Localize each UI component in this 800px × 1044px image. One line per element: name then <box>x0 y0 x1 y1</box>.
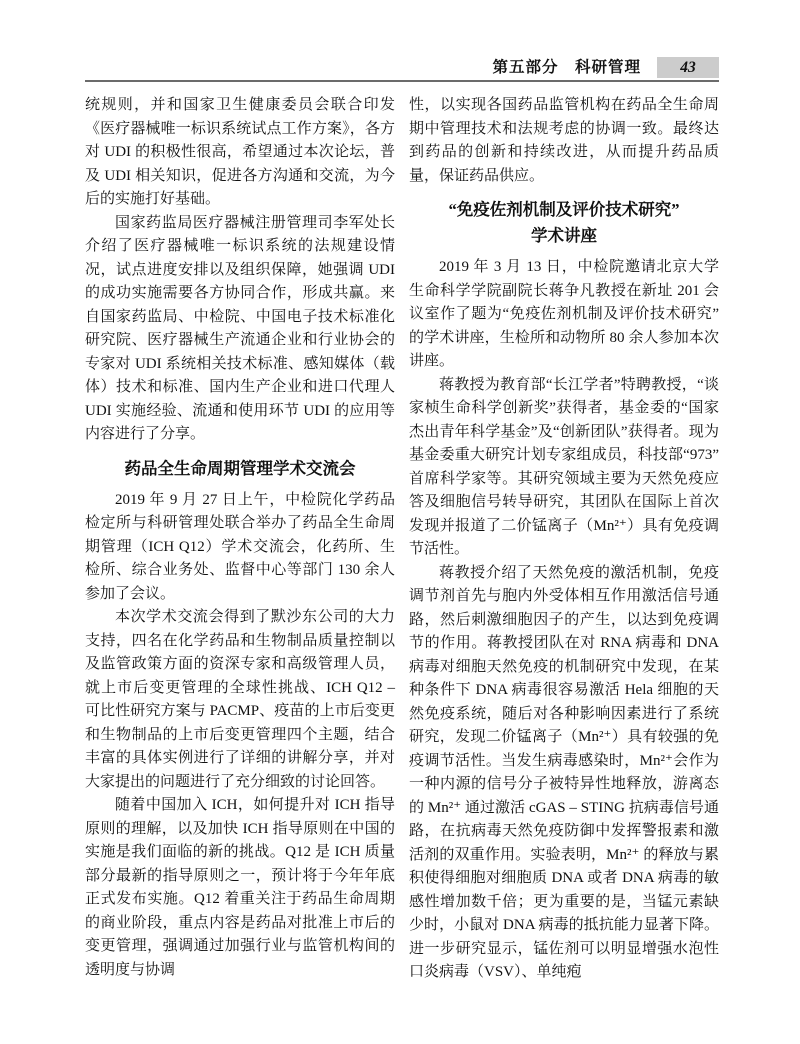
running-header: 第五部分 科研管理 43 <box>85 56 719 82</box>
paragraph: 性，以实现各国药品监管机构在药品全生命周期中管理技术和法规考虑的协调一致。最终达… <box>409 94 719 188</box>
paragraph: 2019 年 9 月 27 日上午，中检院化学药品检定所与科研管理处联合举办了药… <box>85 489 395 607</box>
page-content: 第五部分 科研管理 43 统规则，并和国家卫生健康委员会联合印发《医疗器械唯一标… <box>85 56 719 985</box>
paragraph: 蒋教授介绍了天然免疫的激活机制，免疫调节剂首先与胞内外受体相互作用激活信号通路，… <box>409 562 719 985</box>
section-heading-drug-lifecycle: 药品全生命周期管理学术交流会 <box>85 456 395 482</box>
paragraph: 统规则，并和国家卫生健康委员会联合印发《医疗器械唯一标识系统试点工作方案》，各方… <box>85 94 395 212</box>
paragraph: 国家药监局医疗器械注册管理司李军处长介绍了医疗器械唯一标识系统的法规建设情况，试… <box>85 212 395 447</box>
left-column: 统规则，并和国家卫生健康委员会联合印发《医疗器械唯一标识系统试点工作方案》，各方… <box>85 94 395 985</box>
two-column-body: 统规则，并和国家卫生健康委员会联合印发《医疗器械唯一标识系统试点工作方案》，各方… <box>85 94 719 985</box>
paragraph: 蒋教授为教育部“长江学者”特聘教授，“谈家桢生命科学创新奖”获得者，基金委的“国… <box>409 374 719 562</box>
header-section-title: 第五部分 科研管理 <box>492 57 641 78</box>
paragraph: 本次学术交流会得到了默沙东公司的大力支持，四名在化学药品和生物制品质量控制以及监… <box>85 606 395 794</box>
section-heading-line2: 学术讲座 <box>409 223 719 249</box>
paragraph: 随着中国加入 ICH，如何提升对 ICH 指导原则的理解，以及加快 ICH 指导… <box>85 794 395 982</box>
page-number-badge: 43 <box>657 57 719 78</box>
section-heading-line1: “免疫佐剂机制及评价技术研究” <box>409 197 719 223</box>
paragraph: 2019 年 3 月 13 日，中检院邀请北京大学生命科学学院副院长蒋争凡教授在… <box>409 256 719 374</box>
document-page: 第五部分 科研管理 43 统规则，并和国家卫生健康委员会联合印发《医疗器械唯一标… <box>0 0 800 1044</box>
right-column: 性，以实现各国药品监管机构在药品全生命周期中管理技术和法规考虑的协调一致。最终达… <box>409 94 719 985</box>
section-heading-adjuvant-lecture: “免疫佐剂机制及评价技术研究” 学术讲座 <box>409 197 719 249</box>
